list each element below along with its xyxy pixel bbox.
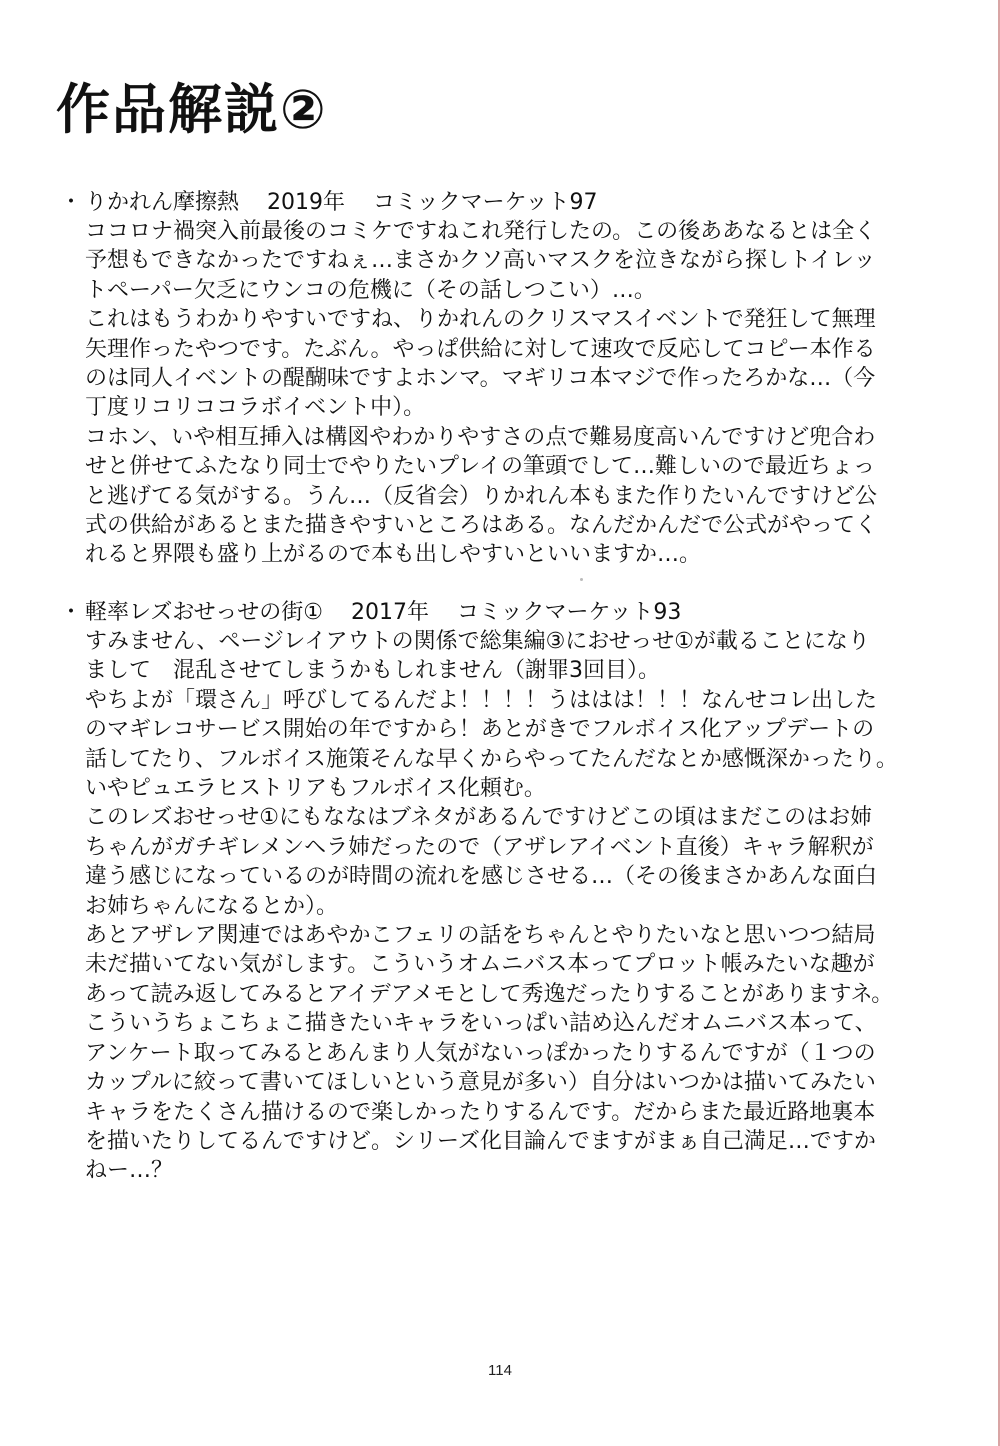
body-line: 丁度リコリココラボイベント中）。 bbox=[85, 393, 920, 422]
body-line: お姉ちゃんになるとか）。 bbox=[85, 892, 920, 921]
body-line: 予想もできなかったですねぇ…まさかクソ高いマスクを泣きながら探しトイレッ bbox=[85, 246, 920, 275]
event-name: コミックマーケット93 bbox=[457, 600, 681, 625]
body-line: 未だ描いてない気がします。こういうオムニバス本ってプロット帳みたいな趣が bbox=[85, 950, 920, 979]
section-heading: ・軽率レズおせっせの街①2017年コミックマーケット93 bbox=[60, 598, 920, 627]
bullet-icon: ・ bbox=[60, 598, 85, 627]
body-line: これはもうわかりやすいですね、りかれんのクリスマスイベントで発狂して無理 bbox=[85, 305, 920, 334]
section-heading: ・りかれん摩擦熱2019年コミックマーケット97 bbox=[60, 188, 920, 217]
body-line: ねー…？ bbox=[85, 1156, 920, 1185]
body-line: せと併せてふたなり同士でやりたいプレイの筆頭でして…難しいので最近ちょっ bbox=[85, 452, 920, 481]
publication-year: 2019年 bbox=[267, 190, 345, 215]
body-line: トペーパー欠乏にウンコの危機に（その話しつこい）…。 bbox=[85, 276, 920, 305]
body-line: あって読み返してみるとアイデアメモとして秀逸だったりすることがありますネ。 bbox=[85, 980, 920, 1009]
body-line: ちゃんがガチギレメンヘラ姉だったので（アザレアイベント直後）キャラ解釈が bbox=[85, 833, 920, 862]
body-line: いやピュエラヒストリアもフルボイス化頼む。 bbox=[85, 774, 920, 803]
section-rikaren: ・りかれん摩擦熱2019年コミックマーケット97 ココロナ禍突入前最後のコミケで… bbox=[60, 188, 920, 570]
body-line: カップルに絞って書いてほしいという意見が多い）自分はいつかは描いてみたい bbox=[85, 1068, 920, 1097]
body-line: のマギレコサービス開始の年ですから！あとがきでフルボイス化アップデートの bbox=[85, 715, 920, 744]
body-line: このレズおせっせ①にもななはブネタがあるんですけどこの頃はまだこのはお姉 bbox=[85, 803, 920, 832]
body-line: コホン、いや相互挿入は構図やわかりやすさの点で難易度高いんですけど兜合わ bbox=[85, 423, 920, 452]
body-line: を描いたりしてるんですけど。シリーズ化目論んでますがまぁ自己満足…ですか bbox=[85, 1127, 920, 1156]
body-line: ココロナ禍突入前最後のコミケですねこれ発行したの。この後ああなるとは全く bbox=[85, 217, 920, 246]
section-oseosse: ・軽率レズおせっせの街①2017年コミックマーケット93 すみません、ページレイ… bbox=[60, 598, 920, 1186]
body-line: 話してたり、フルボイス施策そんな早くからやってたんだなとか感慨深かったり。 bbox=[85, 745, 920, 774]
body-line: こういうちょこちょこ描きたいキャラをいっぱい詰め込んだオムニバス本って、 bbox=[85, 1009, 920, 1038]
body-line: れると界隈も盛り上がるので本も出しやすいといいますか…。 bbox=[85, 540, 920, 569]
body-line: 違う感じになっているのが時間の流れを感じさせる…（その後まさかあんな面白 bbox=[85, 862, 920, 891]
work-title: りかれん摩擦熱 bbox=[85, 190, 239, 215]
body-line: 矢理作ったやつです。たぶん。やっぱ供給に対して速攻で反応してコピー本作る bbox=[85, 335, 920, 364]
scan-speck bbox=[580, 578, 583, 581]
body-line: まして 混乱させてしまうかもしれません（謝罪3回目）。 bbox=[85, 656, 920, 685]
body-line: 式の供給があるとまた描きやすいところはある。なんだかんだで公式がやってく bbox=[85, 511, 920, 540]
body-line: あとアザレア関連ではあやかこフェリの話をちゃんとやりたいなと思いつつ結局 bbox=[85, 921, 920, 950]
work-title: 軽率レズおせっせの街① bbox=[85, 600, 323, 625]
body-line: のは同人イベントの醍醐味ですよホンマ。マギリコ本マジで作ったろかな…（今 bbox=[85, 364, 920, 393]
publication-year: 2017年 bbox=[351, 600, 429, 625]
body-line: すみません、ページレイアウトの関係で総集編③におせっせ①が載ることになり bbox=[85, 627, 920, 656]
body-line: アンケート取ってみるとあんまり人気がないっぽかったりするんですが（１つの bbox=[85, 1039, 920, 1068]
page-number: 114 bbox=[0, 1362, 1000, 1379]
body-line: やちよが「環さん」呼びしてるんだよ！！！！うははは！！！なんせコレ出した bbox=[85, 686, 920, 715]
body-line: と逃げてる気がする。うん…（反省会）りかれん本もまた作りたいんですけど公 bbox=[85, 482, 920, 511]
bullet-icon: ・ bbox=[60, 188, 85, 217]
body-line: キャラをたくさん描けるので楽しかったりするんです。だからまた最近路地裏本 bbox=[85, 1098, 920, 1127]
page-title: 作品解説② bbox=[56, 78, 328, 142]
event-name: コミックマーケット97 bbox=[373, 190, 597, 215]
